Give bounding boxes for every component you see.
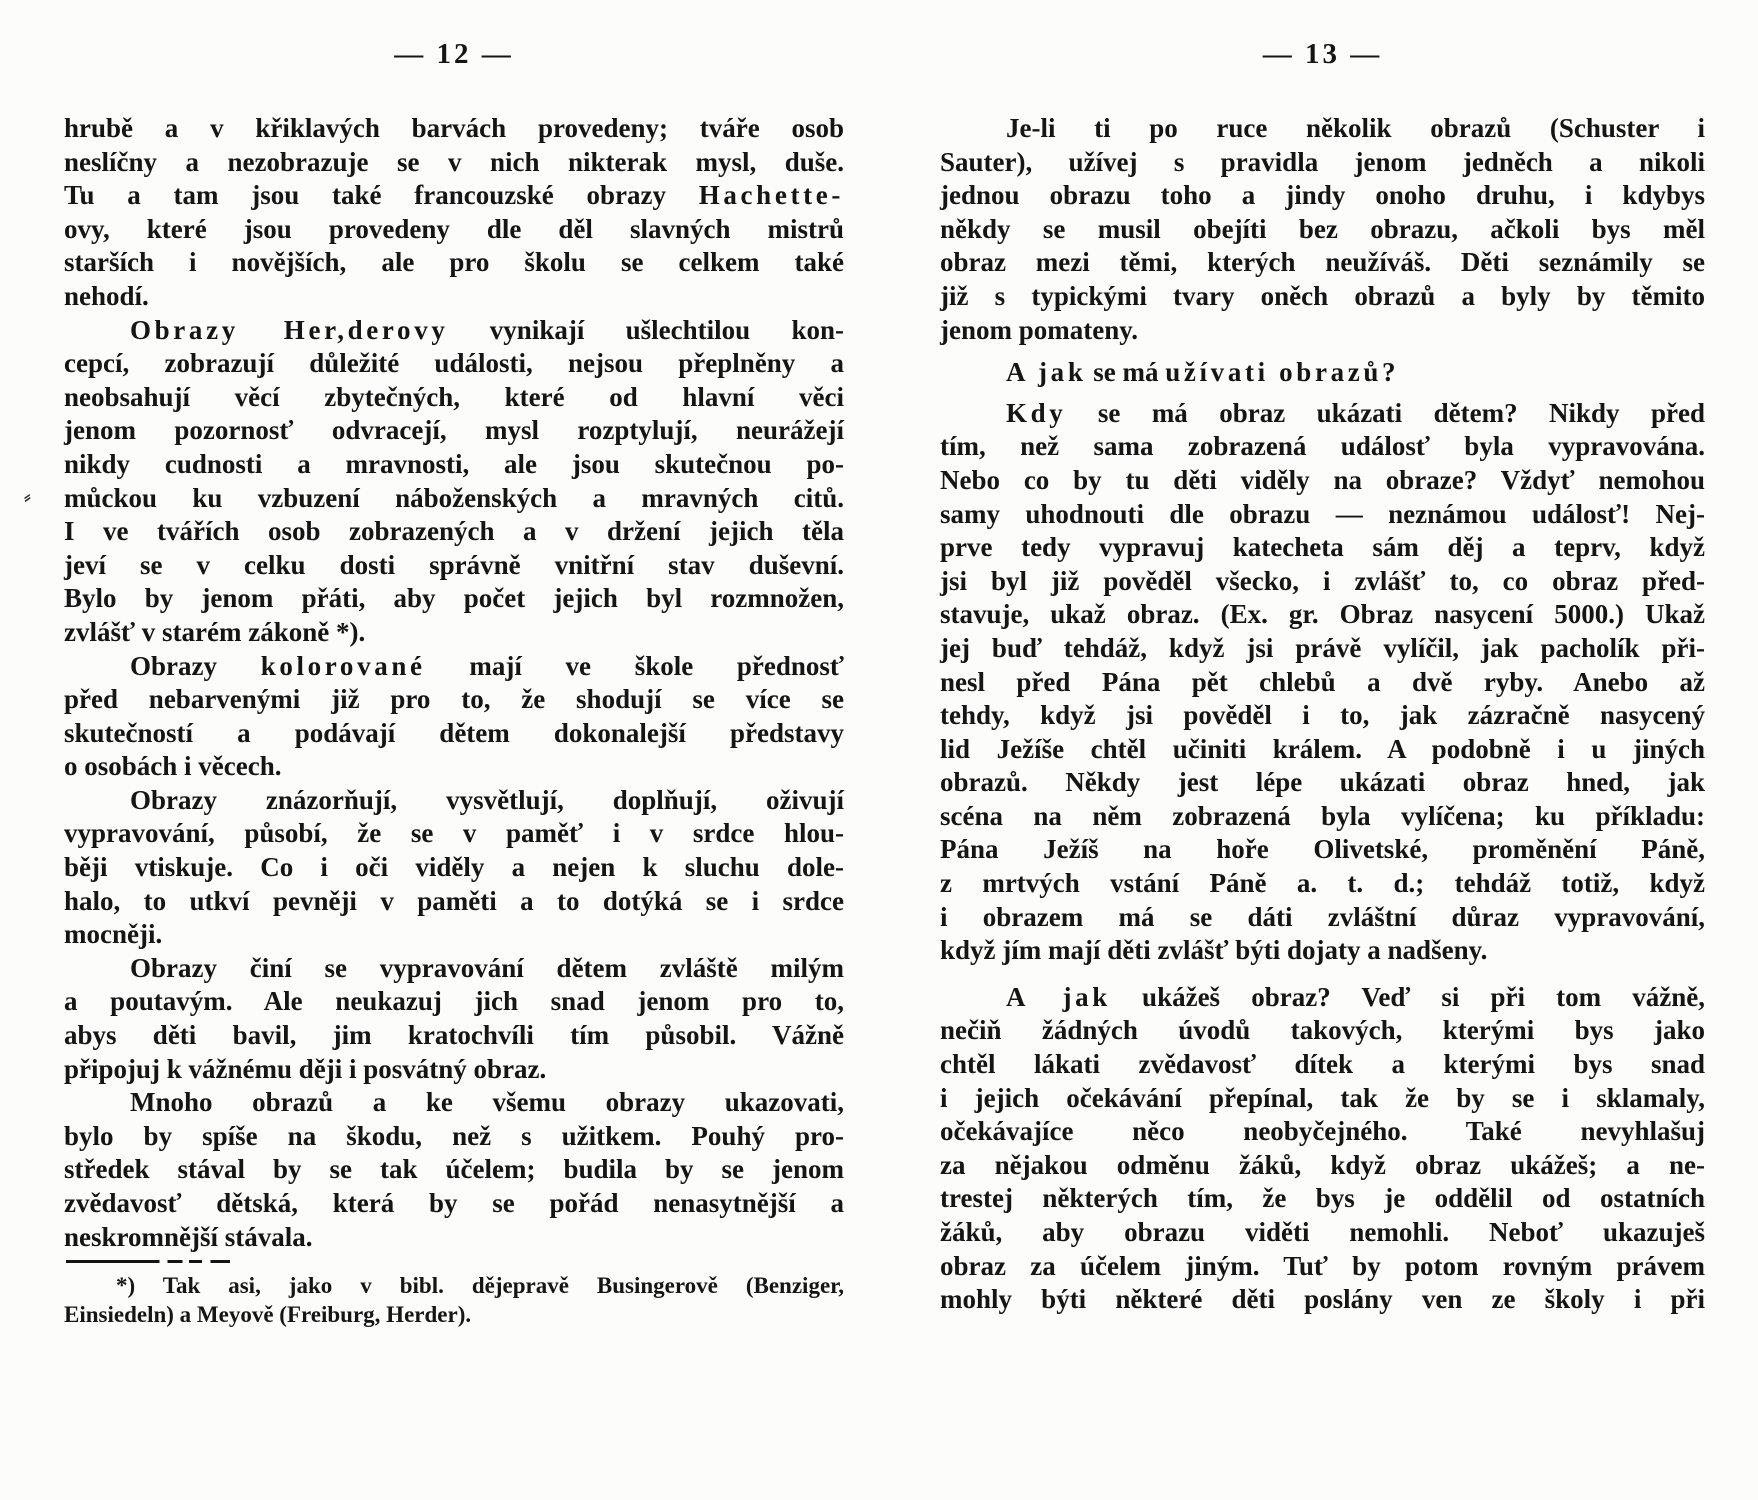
text-line: i obrazem má se dáti zvláštní důraz vypr… <box>940 901 1705 935</box>
footnote: *) Tak asi, jako v bibl. dějepravě Busin… <box>64 1260 844 1329</box>
text-line: Nebo co by tu děti viděly na obraze? Vžd… <box>940 464 1705 498</box>
text-line: jenom pomateny. <box>940 314 1705 348</box>
text-line: někdy se musil obejíti bez obrazu, ačkol… <box>940 213 1705 247</box>
text-line: abys děti bavil, jim kratochvíli tím půs… <box>64 1019 844 1053</box>
text-line: připojuj k vážnému ději i posvátný obraz… <box>64 1053 844 1087</box>
text-line: nikdy cudnosti a mravnosti, ale jsou sku… <box>64 448 844 482</box>
page-12-text-column: hrubě a v křiklavých barvách provedeny; … <box>64 112 844 1329</box>
text-line: prve tedy vypravuj katecheta sám děj a t… <box>940 531 1705 565</box>
text-line: před nebarvenými již pro to, že shodují … <box>64 683 844 717</box>
text-line: zvědavosť dětská, která by se pořád nena… <box>64 1187 844 1221</box>
paragraph: Je-li ti po ruce několik obrazů (Schuste… <box>940 112 1705 347</box>
paragraph: Obrazy kolorované mají ve škole přednosť… <box>64 650 844 784</box>
letterspaced-text: kolorované <box>261 651 426 681</box>
letterspaced-text: užívati obrazů? <box>1165 357 1399 387</box>
page-12-body: hrubě a v křiklavých barvách provedeny; … <box>64 112 844 1254</box>
paragraph: Mnoho obrazů a ke všemu obrazy ukazovati… <box>64 1086 844 1254</box>
page-13-text-column: Je-li ti po ruce několik obrazů (Schuste… <box>940 112 1705 1317</box>
footnote-body: *) Tak asi, jako v bibl. dějepravě Busin… <box>64 1271 844 1329</box>
text-line: A jak ukážeš obraz? Veď si při tom vážně… <box>940 981 1705 1015</box>
text-line: Obrazy kolorované mají ve škole přednosť <box>64 650 844 684</box>
text-line: Je-li ti po ruce několik obrazů (Schuste… <box>940 112 1705 146</box>
text-line: z mrtvých vstání Páně a. t. d.; tehdáž t… <box>940 867 1705 901</box>
text-line: ovy, které jsou provedeny dle děl slavný… <box>64 213 844 247</box>
letterspaced-text: Obrazy Her,derovy <box>130 315 449 345</box>
text-line: Obrazy činí se vypravování dětem zvláště… <box>64 952 844 986</box>
text-line: vypravování, působí, že se v paměť i v s… <box>64 817 844 851</box>
book-spread: — 12 — — 13 — ⸗ hrubě a v křiklavých bar… <box>0 0 1758 1500</box>
text-line: Einsiedeln) a Meyově (Freiburg, Herder). <box>64 1300 844 1329</box>
text-line: stavuje, ukaž obraz. (Ex. gr. Obraz nasy… <box>940 598 1705 632</box>
page-12-number: — 12 — <box>64 38 844 71</box>
text-line: *) Tak asi, jako v bibl. dějepravě Busin… <box>64 1271 844 1300</box>
text-line: obraz za účelem jiným. Tuť by potom rovn… <box>940 1250 1705 1284</box>
footnote-rule <box>66 1260 230 1263</box>
text-line: Obrazy Her,derovy vynikají ušlechtilou k… <box>64 314 844 348</box>
text-line: zvlášť v starém zákoně *). <box>64 616 844 650</box>
text-line: lid Ježíše chtěl učiniti králem. A podob… <box>940 733 1705 767</box>
text-line: když jím mají děti zvlášť býti dojaty a … <box>940 934 1705 968</box>
text-line: jednou obrazu toho a jindy onoho druhu, … <box>940 179 1705 213</box>
letterspaced-text: Kdy <box>1006 398 1066 428</box>
text-line: Pána Ježíš na hoře Olivetské, proměnění … <box>940 833 1705 867</box>
text-line: Bylo by jenom přáti, aby počet jejich by… <box>64 582 844 616</box>
text-line: scéna na něm zobrazená byla vylíčena; ku… <box>940 800 1705 834</box>
section-heading-line: A jak se má užívati obrazů? <box>940 356 1705 390</box>
text-line: cepcí, zobrazují důležité události, nejs… <box>64 347 844 381</box>
text-line: halo, to utkví pevněji v paměti a to dot… <box>64 885 844 919</box>
letterspaced-text: Hachette- <box>699 180 844 210</box>
text-line: očekávajíce něco neobyčejného. Také nevy… <box>940 1115 1705 1149</box>
paragraph: Obrazy Her,derovy vynikají ušlechtilou k… <box>64 314 844 650</box>
text-line: za nějakou odměnu žáků, když obraz ukáže… <box>940 1149 1705 1183</box>
margin-mark: ⸗ <box>22 486 33 510</box>
text-line: neskromnější stávala. <box>64 1221 844 1255</box>
text-line: Kdy se má obraz ukázati dětem? Nikdy pře… <box>940 397 1705 431</box>
text-line: již s typickými tvary oněch obrazů a byl… <box>940 280 1705 314</box>
text-line: chtěl lákati zvědavosť dítek a kterými b… <box>940 1048 1705 1082</box>
text-line: středek stával by se tak účelem; budila … <box>64 1153 844 1187</box>
text-line: Mnoho obrazů a ke všemu obrazy ukazovati… <box>64 1086 844 1120</box>
section-heading: A jak se má užívati obrazů? <box>940 356 1705 390</box>
text-line: žáků, aby obrazu viděti nemohli. Neboť u… <box>940 1216 1705 1250</box>
text-line: neobsahují věcí zbytečných, které od hla… <box>64 381 844 415</box>
text-line: bylo by spíše na škodu, než s užitkem. P… <box>64 1120 844 1154</box>
paragraph: hrubě a v křiklavých barvách provedeny; … <box>64 112 844 314</box>
letterspaced-text: A jak <box>1006 982 1111 1012</box>
paragraph: Kdy se má obraz ukázati dětem? Nikdy pře… <box>940 397 1705 968</box>
text-line: hrubě a v křiklavých barvách provedeny; … <box>64 112 844 146</box>
text-line: nečiň žádných úvodů takových, kterými by… <box>940 1014 1705 1048</box>
text-line: nesl před Pána pět chlebů a dvě ryby. An… <box>940 666 1705 700</box>
text-line: Obrazy znázorňují, vysvětlují, doplňují,… <box>64 784 844 818</box>
text-line: tehdy, když jsi pověděl i to, jak zázrač… <box>940 699 1705 733</box>
text-line: obrazů. Někdy jest lépe ukázati obraz hn… <box>940 766 1705 800</box>
text-line: skutečností a podávají dětem dokonalejší… <box>64 717 844 751</box>
page-13-number: — 13 — <box>940 38 1705 71</box>
text-line: samy uhodnouti dle obrazu — neznámou udá… <box>940 498 1705 532</box>
text-line: jeví se v celku dosti správně vnitřní st… <box>64 549 844 583</box>
paragraph: A jak ukážeš obraz? Veď si při tom vážně… <box>940 981 1705 1317</box>
text-line: trestej některých tím, že bys je oddělil… <box>940 1182 1705 1216</box>
text-line: můckou ku vzbuzení náboženských a mravný… <box>64 482 844 516</box>
text-line: i jejich očekávání přepínal, tak že by s… <box>940 1082 1705 1116</box>
text-line: běji vtiskuje. Co i oči viděly a nejen k… <box>64 851 844 885</box>
paragraph: *) Tak asi, jako v bibl. dějepravě Busin… <box>64 1271 844 1329</box>
text-line: starších i novějších, ale pro školu se c… <box>64 246 844 280</box>
text-line: Sauter), užívej s pravidla jenom jedněch… <box>940 146 1705 180</box>
text-line: jsi byl již pověděl všecko, i zvlášť to,… <box>940 565 1705 599</box>
text-line: a poutavým. Ale neukazuj jich snad jenom… <box>64 985 844 1019</box>
text-line: jej buď tehdáž, když jsi právě vylíčil, … <box>940 632 1705 666</box>
text-line: o osobách i věcech. <box>64 750 844 784</box>
text-line: tím, než sama zobrazená událosť byla vyp… <box>940 430 1705 464</box>
text-line: neslíčny a nezobrazuje se v nich niktera… <box>64 146 844 180</box>
text-line: Tu a tam jsou také francouzské obrazy Ha… <box>64 179 844 213</box>
text-line: mocněji. <box>64 918 844 952</box>
text-line: obraz mezi těmi, kterých neužíváš. Děti … <box>940 246 1705 280</box>
paragraph: Obrazy činí se vypravování dětem zvláště… <box>64 952 844 1086</box>
page-13-body: Je-li ti po ruce několik obrazů (Schuste… <box>940 112 1705 1317</box>
paragraph: Obrazy znázorňují, vysvětlují, doplňují,… <box>64 784 844 952</box>
text-line: nehodí. <box>64 280 844 314</box>
text-line: I ve tvářích osob zobrazených a v držení… <box>64 515 844 549</box>
text-line: jenom pozornosť odvracejí, mysl rozptylu… <box>64 414 844 448</box>
letterspaced-text: A jak <box>1006 357 1087 387</box>
text-line: mohly býti některé děti poslány ven ze š… <box>940 1283 1705 1317</box>
